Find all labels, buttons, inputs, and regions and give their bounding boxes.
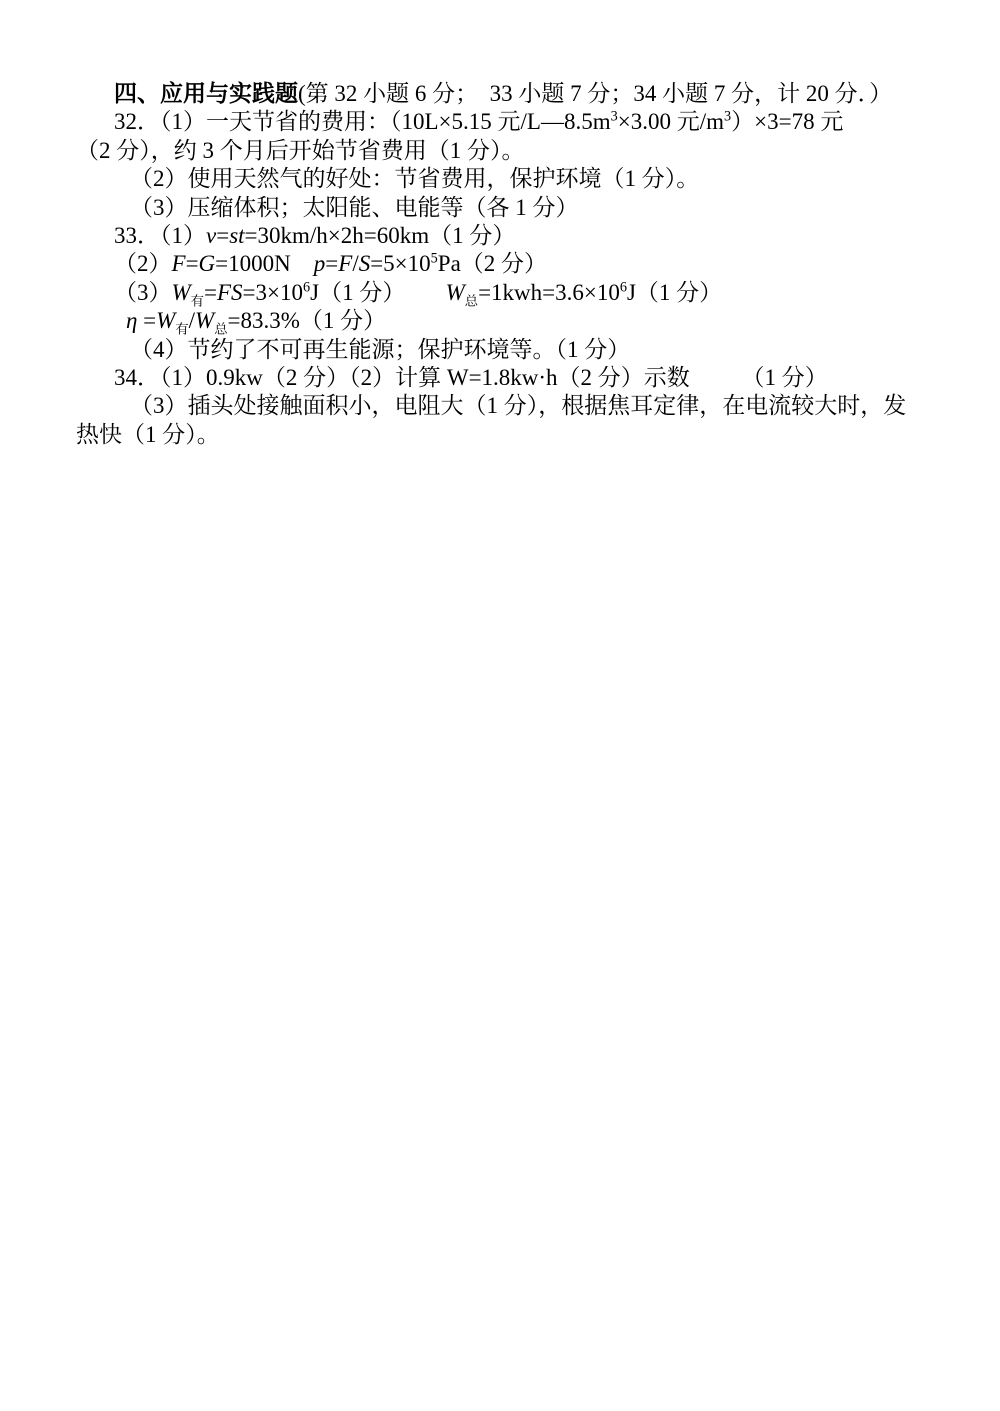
- text-segment: 5: [431, 251, 438, 267]
- text-segment: =1000N: [215, 251, 314, 276]
- text-segment: =30km/h×2h=60km（1 分）: [245, 223, 516, 248]
- text-segment: 有: [191, 293, 204, 308]
- text-segment: 33．（1）: [114, 223, 206, 248]
- text-segment: G: [199, 251, 216, 276]
- text-segment: W: [156, 308, 175, 333]
- text-segment: η: [126, 308, 137, 333]
- text-segment: J（1 分）: [310, 280, 445, 305]
- ans-33-3: （3）W有=FS=3×106J（1 分） W总=1kwh=3.6×106J（1 …: [76, 279, 964, 307]
- document-lines: 四、应用与实践题(第 32 小题 6 分； 33 小题 7 分；34 小题 7 …: [0, 0, 1000, 449]
- text-segment: p: [314, 251, 326, 276]
- text-segment: =3×10: [243, 280, 303, 305]
- text-segment: J（1 分）: [627, 280, 722, 305]
- text-segment: (第 32 小题 6 分； 33 小题 7 分；34 小题 7 分，计 20 分…: [298, 81, 892, 106]
- text-segment: 有: [175, 322, 188, 337]
- text-segment: （2）: [114, 251, 172, 276]
- text-segment: 34．（1）0.9kw（2 分）（2）计算 W=1.8kw·h（2 分）示数 （…: [114, 365, 828, 390]
- ans-34-3: （3）插头处接触面积小，电阻大（1 分），根据焦耳定律，在电流较大时，发: [76, 392, 964, 420]
- text-segment: 热快（1 分）。: [76, 422, 220, 447]
- text-segment: （4）节约了不可再生能源；保护环境等。（1 分）: [130, 337, 630, 362]
- ans-34-1-2: 34．（1）0.9kw（2 分）（2）计算 W=1.8kw·h（2 分）示数 （…: [76, 364, 964, 392]
- ans-32-2: （2）使用天然气的好处：节省费用，保护环境（1 分）。: [76, 165, 964, 193]
- ans-34-3-continuation: 热快（1 分）。: [76, 421, 964, 449]
- text-segment: W: [446, 280, 465, 305]
- text-segment: =: [186, 251, 199, 276]
- text-segment: st: [229, 223, 244, 248]
- ans-33-3-efficiency: η =W有/W总=83.3%（1 分）: [76, 307, 964, 335]
- text-segment: （3）压缩体积；太阳能、电能等（各 1 分）: [130, 195, 579, 220]
- text-segment: 32．（1）一天节省的费用：（10L×5.15 元/L—8.5m: [114, 109, 611, 134]
- text-segment: W: [195, 308, 214, 333]
- text-segment: =: [204, 280, 217, 305]
- text-segment: Pa（2 分）: [438, 251, 547, 276]
- ans-33-2: （2）F=G=1000N p=F/S=5×105Pa（2 分）: [76, 250, 964, 278]
- text-segment: F: [172, 251, 186, 276]
- text-segment: 四、应用与实践题: [114, 81, 298, 106]
- text-segment: W: [172, 280, 191, 305]
- text-segment: ）×3=78 元: [731, 109, 843, 134]
- ans-32-1-continuation: （2 分），约 3 个月后开始节省费用（1 分）。: [76, 137, 964, 165]
- text-segment: 6: [620, 279, 627, 295]
- ans-32-3: （3）压缩体积；太阳能、电能等（各 1 分）: [76, 194, 964, 222]
- text-segment: =: [325, 251, 338, 276]
- text-segment: FS: [217, 280, 243, 305]
- text-segment: S: [359, 251, 371, 276]
- text-segment: =5×10: [370, 251, 430, 276]
- text-segment: F: [338, 251, 352, 276]
- ans-33-4: （4）节约了不可再生能源；保护环境等。（1 分）: [76, 336, 964, 364]
- text-segment: =: [137, 308, 156, 333]
- section-header: 四、应用与实践题(第 32 小题 6 分； 33 小题 7 分；34 小题 7 …: [76, 80, 964, 108]
- text-segment: 总: [465, 293, 478, 308]
- document-page: 四、应用与实践题(第 32 小题 6 分； 33 小题 7 分；34 小题 7 …: [0, 0, 1000, 1411]
- text-segment: 总: [214, 322, 227, 337]
- text-segment: （3）插头处接触面积小，电阻大（1 分），根据焦耳定律，在电流较大时，发: [130, 393, 906, 418]
- ans-32-1: 32．（1）一天节省的费用：（10L×5.15 元/L—8.5m3×3.00 元…: [76, 108, 964, 136]
- text-segment: （2 分），约 3 个月后开始节省费用（1 分）。: [76, 138, 525, 163]
- text-segment: ×3.00 元/m: [618, 109, 724, 134]
- text-segment: =1kwh=3.6×10: [478, 280, 620, 305]
- text-segment: =: [216, 223, 229, 248]
- text-segment: （2）使用天然气的好处：节省费用，保护环境（1 分）。: [130, 166, 699, 191]
- text-segment: （3）: [114, 280, 172, 305]
- ans-33-1: 33．（1）v=st=30km/h×2h=60km（1 分）: [76, 222, 964, 250]
- text-segment: v: [206, 223, 216, 248]
- text-segment: 3: [611, 109, 618, 125]
- text-segment: =83.3%（1 分）: [228, 308, 387, 333]
